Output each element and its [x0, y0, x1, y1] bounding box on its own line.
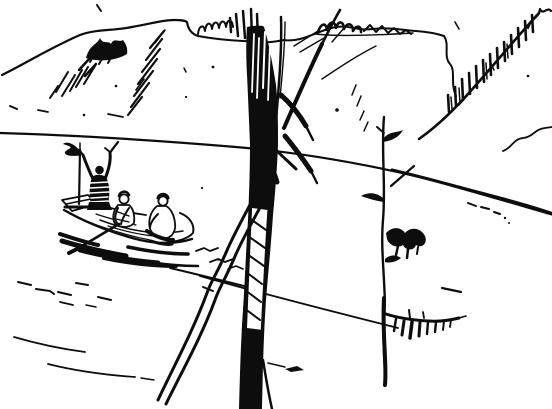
dash-marks-left [38, 110, 123, 117]
raised-hands [79, 142, 118, 155]
long-branch [284, 44, 322, 128]
stern-passenger-figure [147, 194, 175, 244]
arm-flick [105, 148, 110, 152]
flag [63, 143, 80, 156]
sapling-tuft-small [385, 256, 401, 263]
mast [79, 150, 80, 204]
trunk-right-strand [276, 17, 281, 120]
sketch-page: Black-and-white ink sketch: three people… [0, 0, 552, 409]
dot-mark [212, 66, 215, 69]
slope-tree-strokes-thin [451, 44, 508, 109]
saddle-tree-scribble [198, 21, 233, 34]
standing-figure-head [95, 166, 104, 175]
dot-mark [508, 222, 510, 224]
dot-mark [335, 108, 339, 112]
sapling-clump [386, 228, 426, 249]
long-branch-tip [320, 10, 340, 48]
passenger-head [158, 196, 167, 205]
dot-mark [115, 85, 118, 88]
mid-slope-hatch [128, 31, 164, 115]
dot-mark [527, 75, 530, 78]
ripple-dash [86, 305, 96, 307]
ripple-curve [48, 364, 135, 377]
needle-dangle-big [410, 322, 412, 338]
right-slope-line [419, 13, 539, 139]
right-shore-wavy-line [503, 127, 552, 151]
sapling-tuft-top [383, 130, 403, 142]
boat-shadow-stroke [128, 247, 188, 254]
shoreline-thick-right [392, 170, 552, 214]
rower-head [119, 194, 128, 203]
sketch-canvas: Black-and-white ink sketch: three people… [0, 0, 552, 409]
ripple-curve [14, 337, 85, 352]
dot-mark [185, 96, 187, 98]
tick-marks-right [455, 22, 494, 70]
sapling-trunk-lower [384, 298, 386, 385]
dot-mark [201, 187, 203, 189]
sapling-tuft-left [361, 193, 384, 202]
dot-mark [83, 114, 86, 117]
ripple-dashes [18, 282, 111, 300]
water-ripples [14, 234, 398, 380]
ripple-dash [60, 302, 73, 305]
sapling-tree [361, 117, 466, 385]
standing-figure-legs [87, 202, 112, 210]
central-tree [239, 10, 340, 409]
dot-mark [504, 217, 506, 219]
shore-dashes-right [468, 203, 500, 214]
clump-dangle [417, 247, 418, 254]
water-mark [285, 366, 304, 372]
oar-blade [69, 249, 77, 253]
needle-branch-tip [459, 316, 466, 318]
water-line-long [200, 276, 398, 328]
ridge-tree-underline [316, 33, 413, 36]
